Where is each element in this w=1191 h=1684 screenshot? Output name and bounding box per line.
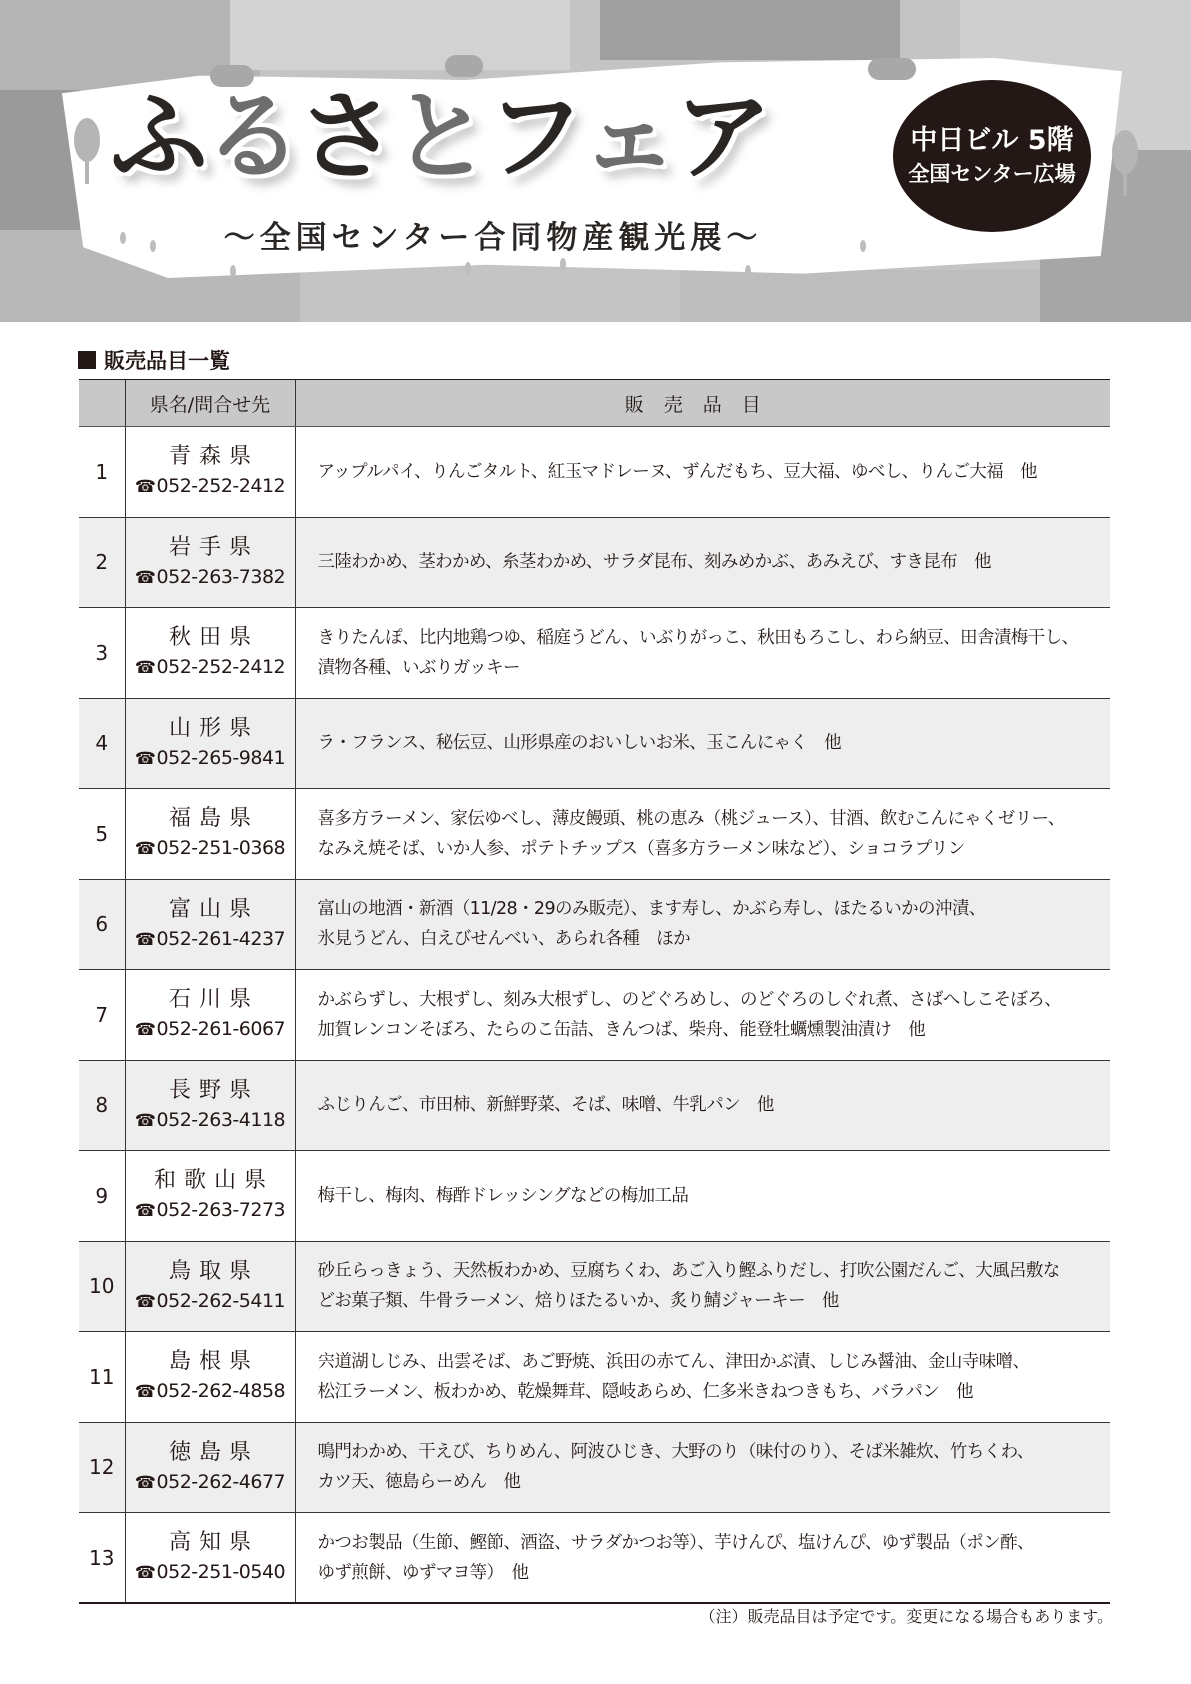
items-cell: ラ・フランス、秘伝豆、山形県産のおいしいお米、玉こんにゃく 他: [295, 698, 1110, 789]
phone-number: ☎052-263-7382: [126, 563, 295, 592]
phone-number-value: 052-263-7382: [157, 566, 286, 588]
table-row: 8長野県☎052-263-4118ふじりんご、市田柿、新鮮野菜、そば、味噌、牛乳…: [79, 1060, 1110, 1151]
row-number: 5: [79, 789, 125, 880]
items-line: 漬物各種、いぶりガッキー: [318, 653, 1095, 683]
prefecture-name: 石川県: [126, 985, 295, 1015]
dot-decoration: [120, 232, 126, 244]
title-char: さ: [298, 82, 392, 192]
items-cell: 宍道湖しじみ、出雲そば、あご野焼、浜田の赤てん、津田かぶ漬、しじみ醤油、金山寺味…: [295, 1332, 1110, 1423]
table-row: 9和歌山県☎052-263-7273梅干し、梅肉、梅酢ドレッシングなどの梅加工品: [79, 1151, 1110, 1242]
fair-subtitle: 〜全国センター合同物産観光展〜: [168, 212, 818, 257]
table-row: 1青森県☎052-252-2412アップルパイ、りんごタルト、紅玉マドレーヌ、ず…: [79, 427, 1110, 518]
venue-plaza: 全国センター広場: [908, 159, 1075, 189]
dot-decoration: [560, 258, 566, 270]
phone-number-value: 052-251-0368: [157, 837, 286, 859]
phone-number: ☎052-251-0368: [126, 834, 295, 863]
phone-number-value: 052-262-5411: [157, 1290, 286, 1312]
prefecture-cell: 福島県☎052-251-0368: [125, 789, 295, 880]
telephone-icon: ☎: [135, 568, 156, 588]
prefecture-cell: 秋田県☎052-252-2412: [125, 608, 295, 699]
row-number: 13: [79, 1513, 125, 1604]
title-char: ェ: [580, 82, 674, 192]
phone-number: ☎052-252-2412: [126, 653, 295, 682]
telephone-icon: ☎: [135, 1201, 156, 1221]
phone-number-value: 052-262-4858: [157, 1380, 286, 1402]
row-number: 11: [79, 1332, 125, 1423]
items-line: 喜多方ラーメン、家伝ゆべし、薄皮饅頭、桃の恵み（桃ジュース）、甘酒、飲むこんにゃ…: [318, 804, 1095, 834]
cloud-icon: [868, 58, 916, 80]
title-char: ア: [674, 82, 768, 192]
items-cell: 三陸わかめ、茎わかめ、糸茎わかめ、サラダ昆布、刻みめかぶ、あみえび、すき昆布 他: [295, 517, 1110, 608]
header-prefecture: 県名/問合せ先: [125, 380, 295, 427]
section-title: 販売品目一覧: [104, 345, 230, 375]
telephone-icon: ☎: [135, 930, 156, 950]
phone-number: ☎052-262-4858: [126, 1377, 295, 1406]
header-number: [79, 380, 125, 427]
items-line: ゆず煎餅、ゆずマヨ等） 他: [318, 1558, 1095, 1588]
tree-icon: [1112, 130, 1138, 174]
telephone-icon: ☎: [135, 477, 156, 497]
phone-number-value: 052-265-9841: [157, 747, 286, 769]
title-char: と: [392, 82, 486, 192]
items-line: 松江ラーメン、板わかめ、乾燥舞茸、隠岐あらめ、仁多米きねつきもち、バラパン 他: [318, 1377, 1095, 1407]
row-number: 6: [79, 879, 125, 970]
title-char: ふ: [110, 82, 204, 192]
tree-icon: [85, 158, 89, 184]
dot-decoration: [860, 240, 866, 252]
phone-number: ☎052-265-9841: [126, 744, 295, 773]
prefecture-name: 富山県: [126, 895, 295, 925]
prefecture-name: 島根県: [126, 1347, 295, 1377]
products-table: 県名/問合せ先 販売品目 1青森県☎052-252-2412アップルパイ、りんご…: [79, 379, 1110, 1604]
black-square-icon: [78, 351, 96, 369]
telephone-icon: ☎: [135, 1292, 156, 1312]
prefecture-cell: 岩手県☎052-263-7382: [125, 517, 295, 608]
prefecture-name: 岩手県: [126, 533, 295, 563]
prefecture-cell: 島根県☎052-262-4858: [125, 1332, 295, 1423]
title-char: る: [204, 82, 298, 192]
row-number: 3: [79, 608, 125, 699]
dot-decoration: [230, 265, 236, 277]
tree-icon: [1123, 170, 1127, 196]
prefecture-cell: 石川県☎052-261-6067: [125, 970, 295, 1061]
telephone-icon: ☎: [135, 1020, 156, 1040]
items-line: 三陸わかめ、茎わかめ、糸茎わかめ、サラダ昆布、刻みめかぶ、あみえび、すき昆布 他: [318, 547, 1095, 577]
telephone-icon: ☎: [135, 1382, 156, 1402]
banner-texture: [230, 0, 570, 70]
phone-number-value: 052-263-7273: [157, 1199, 286, 1221]
items-line: 鳴門わかめ、干えび、ちりめん、阿波ひじき、大野のり（味付のり）、そば米雑炊、竹ち…: [318, 1437, 1095, 1467]
phone-number: ☎052-251-0540: [126, 1558, 295, 1587]
phone-number: ☎052-263-4118: [126, 1106, 295, 1135]
items-line: 富山の地酒・新酒（11/28・29のみ販売）、ます寿し、かぶら寿し、ほたるいかの…: [318, 894, 1095, 924]
prefecture-cell: 和歌山県☎052-263-7273: [125, 1151, 295, 1242]
items-line: カツ天、徳島らーめん 他: [318, 1467, 1095, 1497]
items-cell: 鳴門わかめ、干えび、ちりめん、阿波ひじき、大野のり（味付のり）、そば米雑炊、竹ち…: [295, 1422, 1110, 1513]
phone-number-value: 052-252-2412: [157, 475, 286, 497]
prefecture-cell: 鳥取県☎052-262-5411: [125, 1241, 295, 1332]
footnote: （注）販売品目は予定です。変更になる場合もあります。: [700, 1604, 1113, 1627]
phone-number: ☎052-261-6067: [126, 1015, 295, 1044]
table-row: 2岩手県☎052-263-7382三陸わかめ、茎わかめ、糸茎わかめ、サラダ昆布、…: [79, 517, 1110, 608]
phone-number: ☎052-261-4237: [126, 925, 295, 954]
items-line: かつお製品（生節、鰹節、酒盗、サラダかつお等）、芋けんぴ、塩けんぴ、ゆず製品（ポ…: [318, 1528, 1095, 1558]
telephone-icon: ☎: [135, 1473, 156, 1493]
items-line: きりたんぽ、比内地鶏つゆ、稲庭うどん、いぶりがっこ、秋田もろこし、わら納豆、田舎…: [318, 623, 1095, 653]
phone-number: ☎052-262-4677: [126, 1468, 295, 1497]
items-line: 加賀レンコンそぼろ、たらのこ缶詰、きんつば、柴舟、能登牡蠣燻製油漬け 他: [318, 1015, 1095, 1045]
items-line: かぶらずし、大根ずし、刻み大根ずし、のどぐろめし、のどぐろのしぐれ煮、さばへしこ…: [318, 985, 1095, 1015]
items-line: 梅干し、梅肉、梅酢ドレッシングなどの梅加工品: [318, 1181, 1095, 1211]
banner-texture: [680, 270, 1040, 322]
items-cell: 梅干し、梅肉、梅酢ドレッシングなどの梅加工品: [295, 1151, 1110, 1242]
prefecture-cell: 高知県☎052-251-0540: [125, 1513, 295, 1604]
items-cell: アップルパイ、りんごタルト、紅玉マドレーヌ、ずんだもち、豆大福、ゆべし、りんご大…: [295, 427, 1110, 518]
table-row: 10鳥取県☎052-262-5411砂丘らっきょう、天然板わかめ、豆腐ちくわ、あ…: [79, 1241, 1110, 1332]
telephone-icon: ☎: [135, 1111, 156, 1131]
table-row: 6富山県☎052-261-4237富山の地酒・新酒（11/28・29のみ販売）、…: [79, 879, 1110, 970]
phone-number-value: 052-262-4677: [157, 1471, 286, 1493]
prefecture-name: 和歌山県: [126, 1166, 295, 1196]
items-line: なみえ焼そば、いか人参、ポテトチップス（喜多方ラーメン味など）、ショコラプリン: [318, 834, 1095, 864]
items-line: ふじりんご、市田柿、新鮮野菜、そば、味噌、牛乳パン 他: [318, 1090, 1095, 1120]
prefecture-name: 青森県: [126, 442, 295, 472]
prefecture-cell: 徳島県☎052-262-4677: [125, 1422, 295, 1513]
telephone-icon: ☎: [135, 839, 156, 859]
items-line: ラ・フランス、秘伝豆、山形県産のおいしいお米、玉こんにゃく 他: [318, 728, 1095, 758]
telephone-icon: ☎: [135, 749, 156, 769]
items-cell: 砂丘らっきょう、天然板わかめ、豆腐ちくわ、あご入り鰹ふりだし、打吹公園だんご、大…: [295, 1241, 1110, 1332]
items-cell: きりたんぽ、比内地鶏つゆ、稲庭うどん、いぶりがっこ、秋田もろこし、わら納豆、田舎…: [295, 608, 1110, 699]
items-line: どお菓子類、牛骨ラーメン、焙りほたるいか、炙り鯖ジャーキー 他: [318, 1286, 1095, 1316]
table-row: 13高知県☎052-251-0540かつお製品（生節、鰹節、酒盗、サラダかつお等…: [79, 1513, 1110, 1604]
row-number: 2: [79, 517, 125, 608]
phone-number-value: 052-252-2412: [157, 656, 286, 678]
prefecture-cell: 富山県☎052-261-4237: [125, 879, 295, 970]
table-header-row: 県名/問合せ先 販売品目: [79, 380, 1110, 427]
table-row: 11島根県☎052-262-4858宍道湖しじみ、出雲そば、あご野焼、浜田の赤て…: [79, 1332, 1110, 1423]
items-line: アップルパイ、りんごタルト、紅玉マドレーヌ、ずんだもち、豆大福、ゆべし、りんご大…: [318, 457, 1095, 487]
table-row: 5福島県☎052-251-0368喜多方ラーメン、家伝ゆべし、薄皮饅頭、桃の恵み…: [79, 789, 1110, 880]
items-line: 宍道湖しじみ、出雲そば、あご野焼、浜田の赤てん、津田かぶ漬、しじみ醤油、金山寺味…: [318, 1347, 1095, 1377]
phone-number: ☎052-263-7273: [126, 1196, 295, 1225]
header-banner: ふ る さ と フ ェ ア 〜全国センター合同物産観光展〜 中日ビル 5階 全国…: [0, 0, 1191, 322]
prefecture-name: 福島県: [126, 804, 295, 834]
venue-building: 中日ビル 5階: [910, 123, 1073, 159]
table-row: 4山形県☎052-265-9841ラ・フランス、秘伝豆、山形県産のおいしいお米、…: [79, 698, 1110, 789]
phone-number-value: 052-261-6067: [157, 1018, 286, 1040]
telephone-icon: ☎: [135, 1563, 156, 1583]
prefecture-name: 秋田県: [126, 623, 295, 653]
table-row: 3秋田県☎052-252-2412きりたんぽ、比内地鶏つゆ、稲庭うどん、いぶりが…: [79, 608, 1110, 699]
items-cell: かぶらずし、大根ずし、刻み大根ずし、のどぐろめし、のどぐろのしぐれ煮、さばへしこ…: [295, 970, 1110, 1061]
venue-badge: 中日ビル 5階 全国センター広場: [893, 80, 1091, 232]
row-number: 8: [79, 1060, 125, 1151]
prefecture-name: 高知県: [126, 1528, 295, 1558]
prefecture-cell: 山形県☎052-265-9841: [125, 698, 295, 789]
phone-number: ☎052-252-2412: [126, 472, 295, 501]
header-items: 販売品目: [295, 380, 1110, 427]
dot-decoration: [465, 262, 471, 274]
prefecture-name: 鳥取県: [126, 1257, 295, 1287]
phone-number-value: 052-251-0540: [157, 1561, 286, 1583]
prefecture-name: 徳島県: [126, 1438, 295, 1468]
prefecture-name: 長野県: [126, 1076, 295, 1106]
row-number: 9: [79, 1151, 125, 1242]
banner-texture: [600, 0, 900, 60]
items-cell: 富山の地酒・新酒（11/28・29のみ販売）、ます寿し、かぶら寿し、ほたるいかの…: [295, 879, 1110, 970]
row-number: 4: [79, 698, 125, 789]
items-cell: 喜多方ラーメン、家伝ゆべし、薄皮饅頭、桃の恵み（桃ジュース）、甘酒、飲むこんにゃ…: [295, 789, 1110, 880]
table-row: 12徳島県☎052-262-4677鳴門わかめ、干えび、ちりめん、阿波ひじき、大…: [79, 1422, 1110, 1513]
phone-number-value: 052-263-4118: [157, 1109, 286, 1131]
phone-number-value: 052-261-4237: [157, 928, 286, 950]
items-cell: かつお製品（生節、鰹節、酒盗、サラダかつお等）、芋けんぴ、塩けんぴ、ゆず製品（ポ…: [295, 1513, 1110, 1604]
prefecture-cell: 青森県☎052-252-2412: [125, 427, 295, 518]
telephone-icon: ☎: [135, 658, 156, 678]
fair-title: ふ る さ と フ ェ ア: [110, 72, 768, 192]
row-number: 1: [79, 427, 125, 518]
dot-decoration: [150, 240, 156, 252]
row-number: 7: [79, 970, 125, 1061]
dot-decoration: [745, 265, 751, 277]
items-line: 氷見うどん、白えびせんべい、あられ各種 ほか: [318, 924, 1095, 954]
items-line: 砂丘らっきょう、天然板わかめ、豆腐ちくわ、あご入り鰹ふりだし、打吹公園だんご、大…: [318, 1256, 1095, 1286]
prefecture-cell: 長野県☎052-263-4118: [125, 1060, 295, 1151]
title-char: フ: [486, 82, 580, 192]
row-number: 12: [79, 1422, 125, 1513]
tree-icon: [74, 118, 100, 162]
table-row: 7石川県☎052-261-6067かぶらずし、大根ずし、刻み大根ずし、のどぐろめ…: [79, 970, 1110, 1061]
phone-number: ☎052-262-5411: [126, 1287, 295, 1316]
prefecture-name: 山形県: [126, 714, 295, 744]
items-cell: ふじりんご、市田柿、新鮮野菜、そば、味噌、牛乳パン 他: [295, 1060, 1110, 1151]
row-number: 10: [79, 1241, 125, 1332]
section-heading: 販売品目一覧: [78, 345, 230, 375]
